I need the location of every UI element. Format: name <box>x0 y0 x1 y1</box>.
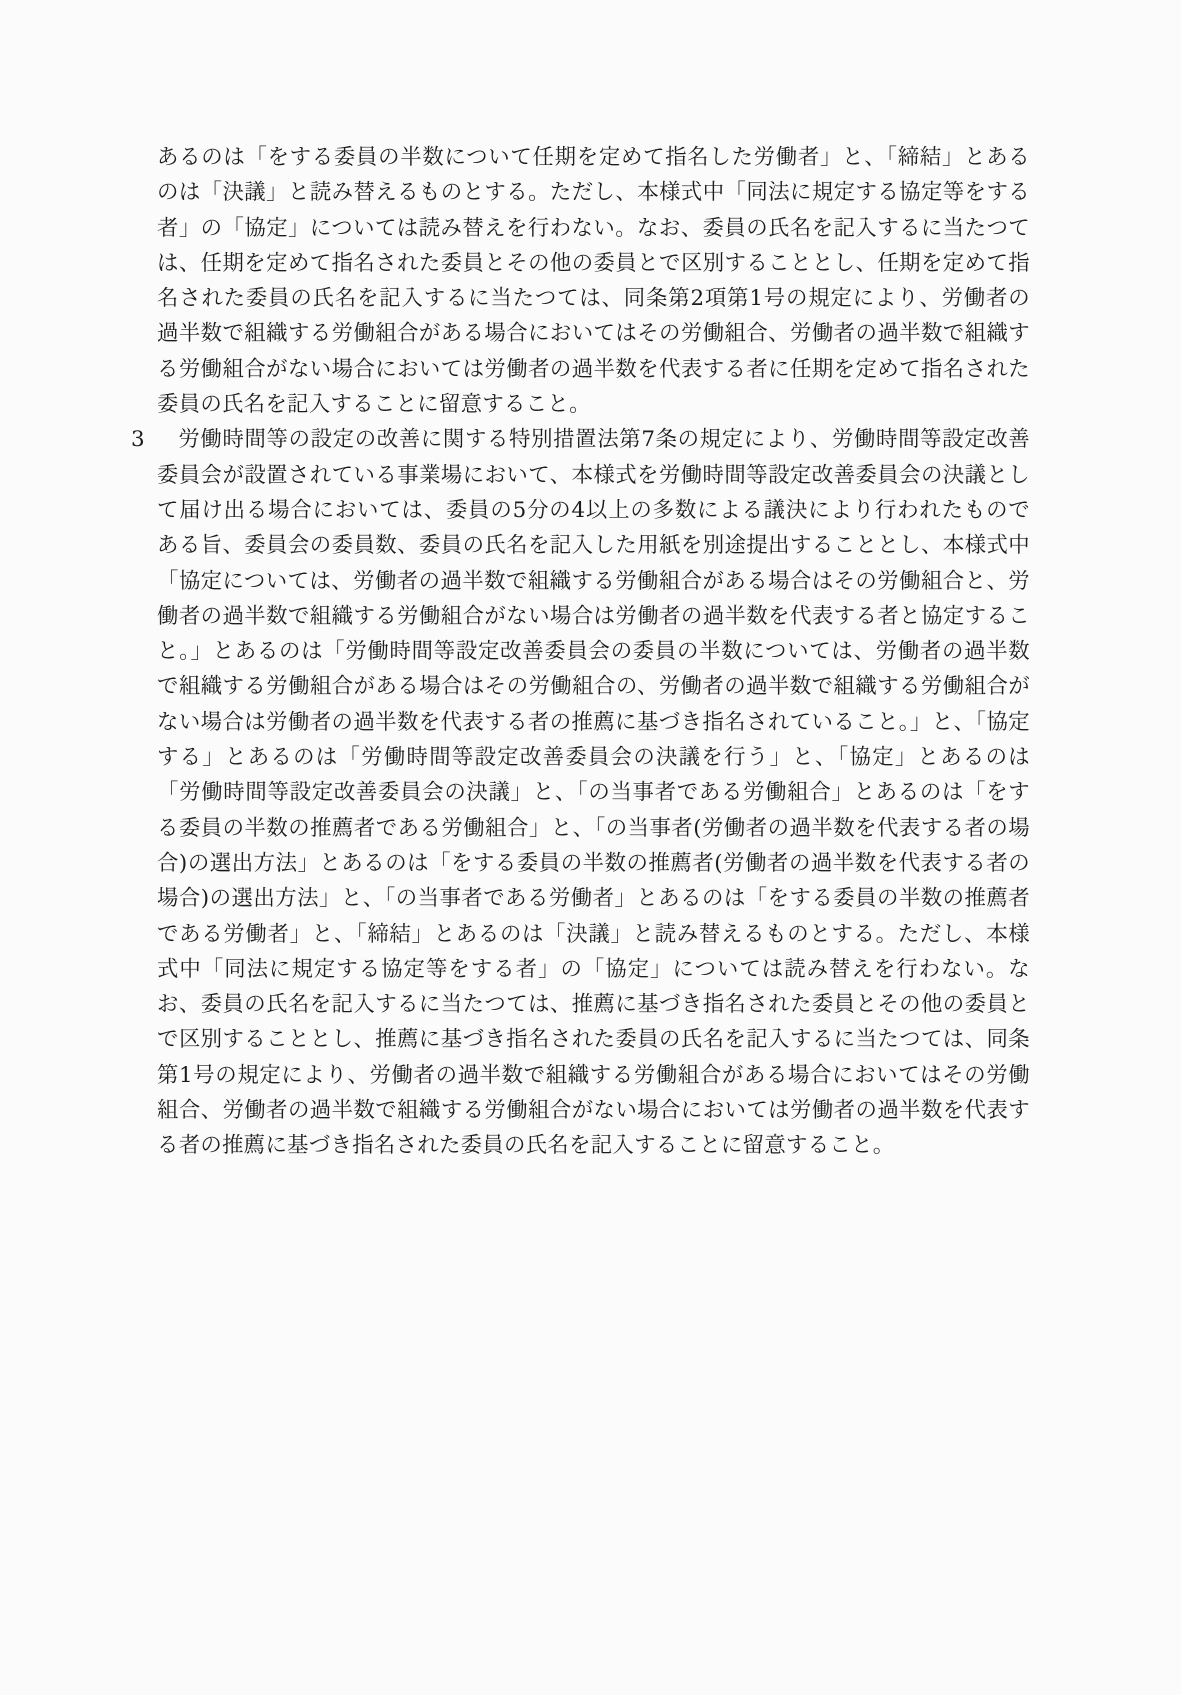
document-page: あるのは「をする委員の半数について任期を定めて指名した労働者」と、「締結」とある… <box>0 0 1181 1695</box>
paragraph-item-3: 3労働時間等の設定の改善に関する特別措置法第7条の規定により、労働時間等設定改善… <box>157 422 1030 1163</box>
paragraph-text: 労働時間等の設定の改善に関する特別措置法第7条の規定により、労働時間等設定改善委… <box>157 427 1030 1158</box>
paragraph-continuation: あるのは「をする委員の半数について任期を定めて指名した労働者」と、「締結」とある… <box>157 140 1030 422</box>
paragraph-text: あるのは「をする委員の半数について任期を定めて指名した労働者」と、「締結」とある… <box>157 145 1030 417</box>
item-number: 3 <box>131 422 178 457</box>
